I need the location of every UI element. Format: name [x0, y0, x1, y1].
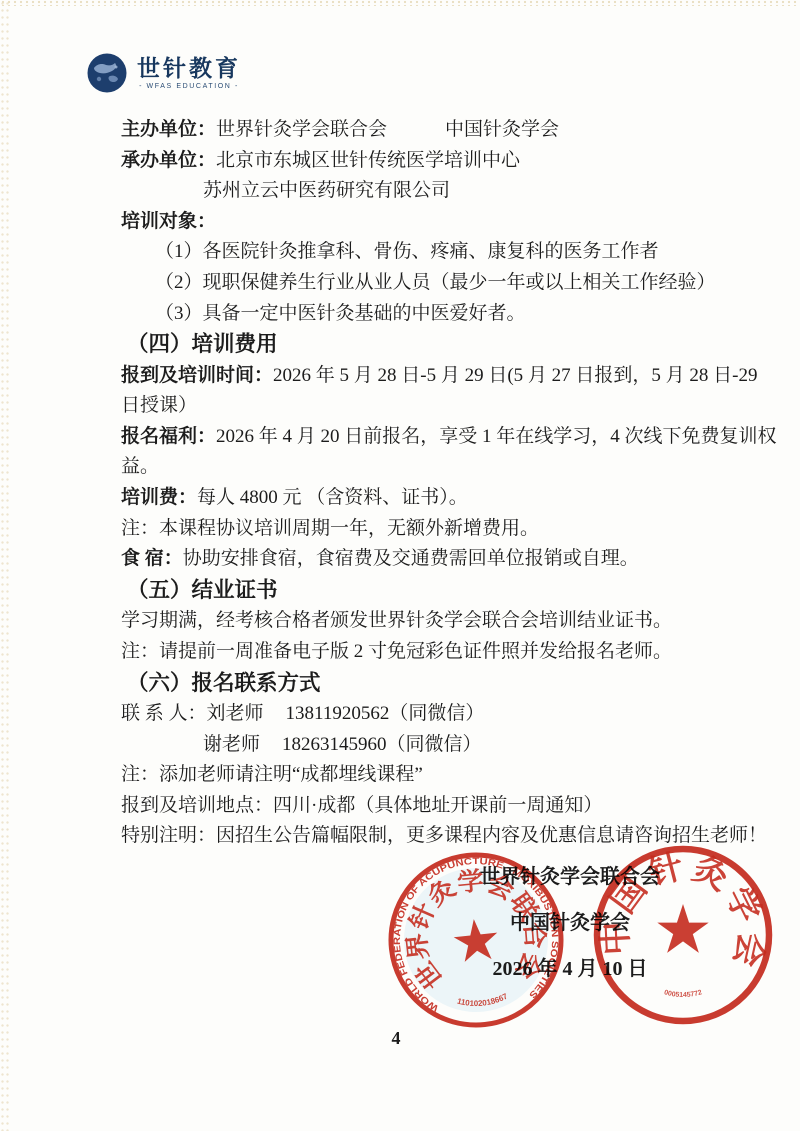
board-label: 食 宿：: [121, 548, 183, 569]
logo: 世针教育 - WFAS EDUCATION -: [86, 52, 241, 94]
time-line-1: 报到及培训时间：2026 年 5 月 28 日-5 月 29 日(5 月 27 …: [121, 361, 737, 392]
contact-line-1: 联 系 人：刘老师13811920562（同微信）: [121, 699, 737, 730]
audience-item: （3）具备一定中医针灸基础的中医爱好者。: [121, 299, 737, 330]
audience-label-line: 培训对象：: [121, 207, 737, 238]
coorganizer-line: 承办单位：北京市东城区世针传统医学培训中心: [121, 146, 737, 177]
section-4-title: （四）培训费用: [121, 329, 737, 361]
organizer-value-1: 世界针灸学会联合会: [216, 119, 387, 140]
time-line-2: 日授课）: [121, 391, 737, 422]
contact-1-phone: 13811920562（同微信）: [286, 703, 485, 724]
section-5-title: （五）结业证书: [121, 575, 737, 607]
audience-item: （2）现职保健养生行业从业人员（最少一年或以上相关工作经验）: [121, 268, 737, 299]
contact-label: 联 系 人：: [121, 703, 207, 724]
contact-1-name: 刘老师: [207, 703, 264, 724]
globe-icon: [86, 52, 128, 94]
location-line: 报到及培训地点：四川·成都（具体地址开课前一周通知）: [121, 791, 737, 822]
cert-note-line: 注：请提前一周准备电子版 2 寸免冠彩色证件照并发给报名老师。: [121, 637, 737, 668]
contact-line-2: 谢老师18263145960（同微信）: [121, 730, 737, 761]
benefit-line-2: 益。: [121, 452, 737, 483]
document-page: 世针教育 - WFAS EDUCATION - 主办单位：世界针灸学会联合会中国…: [0, 0, 800, 1131]
contact-note-line: 注：添加老师请注明“成都埋线课程”: [121, 760, 737, 791]
fee-line: 培训费：每人 4800 元 （含资料、证书）。: [121, 483, 737, 514]
star-icon: [657, 904, 708, 953]
coorganizer-label: 承办单位：: [121, 150, 216, 171]
benefit-line-1: 报名福利：2026 年 4 月 20 日前报名，享受 1 年在线学习，4 次线下…: [121, 422, 737, 453]
logo-subtitle: - WFAS EDUCATION -: [139, 83, 239, 90]
time-label: 报到及培训时间：: [121, 365, 273, 386]
contact-2-name: 谢老师: [203, 734, 260, 755]
audience-label: 培训对象：: [121, 211, 216, 232]
board-value: 协助安排食宿，食宿费及交通费需回单位报销或自理。: [183, 548, 639, 569]
benefit-value: 2026 年 4 月 20 日前报名，享受 1 年在线学习，4 次线下免费复训权: [216, 426, 777, 447]
logo-text: 世针教育 - WFAS EDUCATION -: [137, 56, 241, 90]
section-6-title: （六）报名联系方式: [121, 668, 737, 700]
cert-line: 学习期满，经考核合格者颁发世界针灸学会联合会培训结业证书。: [121, 606, 737, 637]
coorganizer-line-2: 苏州立云中医药研究有限公司: [121, 176, 737, 207]
fee-label: 培训费：: [121, 487, 197, 508]
caam-seal-stamp: 中国针灸学会 0005145772: [591, 843, 775, 1027]
coorganizer-value-1: 北京市东城区世针传统医学培训中心: [216, 150, 520, 171]
organizer-line: 主办单位：世界针灸学会联合会中国针灸学会: [121, 115, 737, 146]
organizer-label: 主办单位：: [121, 119, 216, 140]
wfas-seal-stamp: WORLD FEDERATION OF ACUPUNCTURE · MOXIBU…: [372, 836, 581, 1045]
stamp-serial: 0005145772: [663, 989, 703, 999]
page-number: 4: [384, 1028, 408, 1049]
svg-text:0005145772: 0005145772: [663, 989, 703, 999]
board-line: 食 宿：协助安排食宿，食宿费及交通费需回单位报销或自理。: [121, 544, 737, 575]
fee-note-line: 注：本课程协议培训周期一年，无额外新增费用。: [121, 514, 737, 545]
fee-value: 每人 4800 元 （含资料、证书）。: [197, 487, 468, 508]
scan-edge-top: [0, 0, 800, 6]
benefit-label: 报名福利：: [121, 426, 216, 447]
organizer-value-2: 中国针灸学会: [445, 119, 559, 140]
time-value: 2026 年 5 月 28 日-5 月 29 日(5 月 27 日报到，5 月 …: [273, 365, 757, 386]
audience-item: （1）各医院针灸推拿科、骨伤、疼痛、康复科的医务工作者: [121, 237, 737, 268]
contact-2-phone: 18263145960（同微信）: [282, 734, 482, 755]
logo-brand: 世针教育: [137, 56, 241, 82]
document-body: 主办单位：世界针灸学会联合会中国针灸学会 承办单位：北京市东城区世针传统医学培训…: [121, 115, 737, 852]
scan-edge-left: [0, 0, 9, 1131]
